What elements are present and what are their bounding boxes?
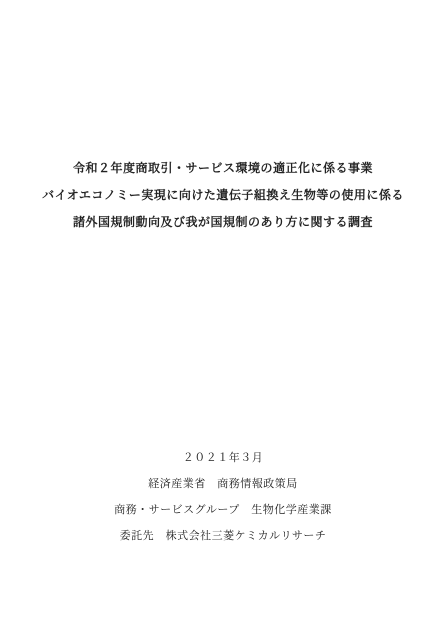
report-title-line-2: バイオエコノミー実現に向けた遺伝子組換え生物等の使用に係る: [0, 188, 446, 202]
report-title-line-1: 令和２年度商取引・サービス環境の適正化に係る事業: [0, 161, 446, 175]
document-cover-page: 令和２年度商取引・サービス環境の適正化に係る事業 バイオエコノミー実現に向けた遺…: [0, 0, 446, 630]
report-title-line-3: 諸外国規制動向及び我が国規制のあり方に関する調査: [0, 215, 446, 229]
contractor-line: 委託先 株式会社三菱ケミカルリサーチ: [0, 529, 446, 543]
report-title-block: 令和２年度商取引・サービス環境の適正化に係る事業 バイオエコノミー実現に向けた遺…: [0, 161, 446, 242]
publisher-department: 商務・サービスグループ 生物化学産業課: [0, 503, 446, 517]
publication-info-block: ２０２１年３月 経済産業省 商務情報政策局 商務・サービスグループ 生物化学産業…: [0, 451, 446, 555]
publication-date: ２０２１年３月: [0, 451, 446, 465]
publisher-ministry: 経済産業省 商務情報政策局: [0, 477, 446, 491]
